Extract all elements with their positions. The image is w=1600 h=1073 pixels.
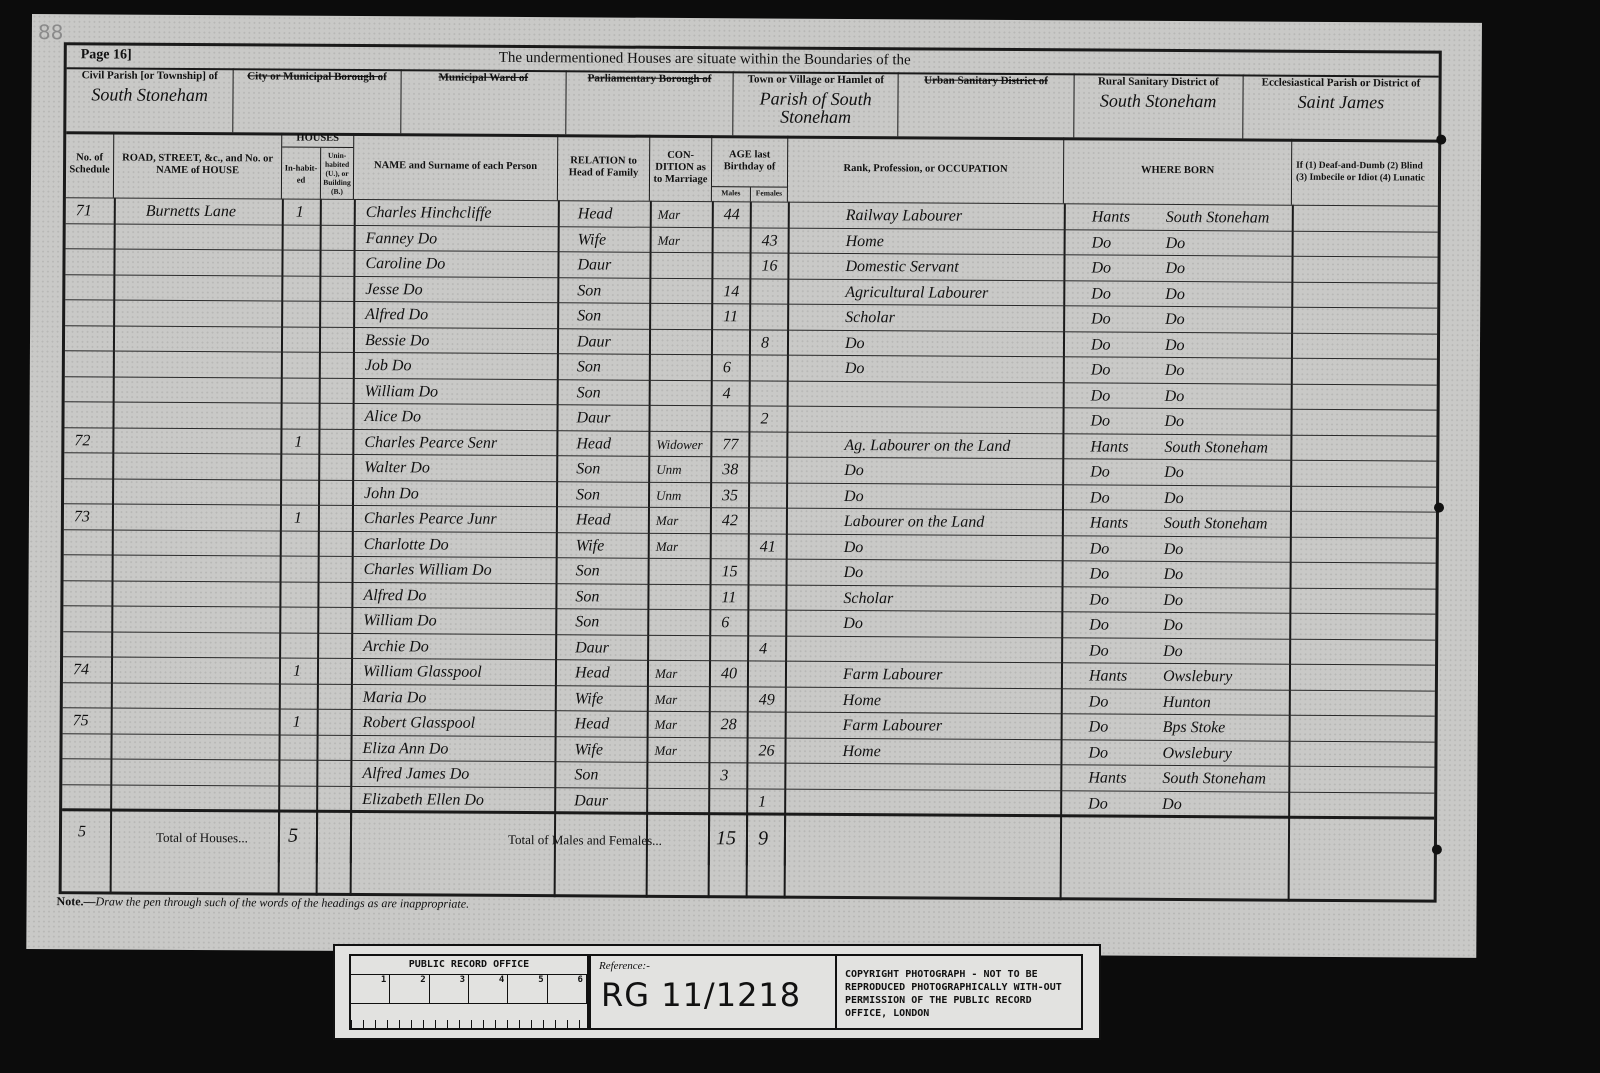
- scale-number: 5: [508, 975, 547, 1003]
- occupation: Scholar: [845, 305, 895, 331]
- col-age: AGE last Birthday of Males Females: [712, 135, 788, 201]
- person-name: Archie Do: [363, 634, 429, 660]
- person-name: Jesse Do: [365, 277, 422, 303]
- born-county: Do: [1091, 357, 1111, 383]
- relation: Daur: [577, 329, 611, 355]
- male-age: 44: [724, 202, 740, 228]
- occupation: Do: [844, 534, 864, 560]
- place-value: [899, 90, 1073, 91]
- schedule-number: 71: [76, 198, 92, 224]
- person-name: Walter Do: [364, 455, 430, 481]
- male-age: 15: [722, 559, 738, 585]
- relation: Son: [577, 278, 601, 304]
- born-place: Do: [1164, 485, 1184, 511]
- person-name: Charles William Do: [364, 557, 492, 583]
- female-age: 41: [760, 534, 776, 560]
- form-note: Note.—Draw the pen through such of the w…: [57, 894, 470, 912]
- place-value: [566, 88, 732, 89]
- born-county: Hants: [1090, 434, 1128, 460]
- male-age: 4: [723, 381, 731, 407]
- occupation: Agricultural Labourer: [845, 279, 988, 305]
- person-name: Robert Glasspool: [363, 710, 476, 736]
- pro-scale: 123456: [351, 975, 587, 1004]
- born-county: Do: [1088, 740, 1108, 766]
- marital-condition: Mar: [658, 202, 681, 228]
- person-name: Charles Pearce Senr: [364, 430, 497, 456]
- occupation: Home: [842, 738, 880, 764]
- relation: Head: [576, 507, 611, 533]
- binding-hole: [1436, 135, 1446, 145]
- born-place: Do: [1164, 460, 1184, 486]
- person-name: William Do: [363, 608, 436, 634]
- female-age: 8: [761, 330, 769, 356]
- person-name: Charlotte Do: [364, 532, 449, 558]
- inhabited-count: 1: [293, 710, 301, 736]
- female-age: 1: [758, 789, 766, 815]
- person-name: Maria Do: [363, 685, 427, 711]
- schedule-number: 75: [73, 708, 89, 734]
- person-name: William Glasspool: [363, 659, 482, 685]
- place-label: City or Municipal Borough of: [234, 68, 400, 83]
- place-field: Town or Village or Hamlet ofParish of So…: [733, 71, 899, 136]
- person-name: Fanney Do: [366, 226, 438, 252]
- marital-condition: Mar: [655, 712, 678, 738]
- male-age: 40: [721, 661, 737, 687]
- census-sheet: 88 Page 16] The undermentioned Houses ar…: [26, 14, 1482, 958]
- born-county: Do: [1089, 587, 1109, 613]
- born-place: Do: [1162, 791, 1182, 817]
- born-place: Do: [1166, 230, 1186, 256]
- relation: Head: [575, 660, 610, 686]
- occupation: Farm Labourer: [843, 713, 943, 739]
- born-place: Owslebury: [1162, 740, 1231, 766]
- male-age: 3: [720, 763, 728, 789]
- male-age: 11: [723, 304, 738, 330]
- place-field: Municipal Ward of: [401, 69, 567, 134]
- page-label: Page 16]: [81, 47, 132, 63]
- born-county: Do: [1090, 561, 1110, 587]
- place-label: Parliamentary Borough of: [566, 70, 732, 85]
- born-place: Do: [1164, 536, 1184, 562]
- col-houses: HOUSES In-habit-ed Unin-habited (U.), or…: [282, 133, 354, 199]
- born-county: Do: [1089, 689, 1109, 715]
- relation: Daur: [576, 405, 610, 431]
- person-name: Caroline Do: [365, 251, 445, 277]
- col-condition: CON-DITION as to Marriage: [650, 135, 712, 201]
- born-place: Do: [1163, 587, 1183, 613]
- relation: Daur: [577, 252, 611, 278]
- female-age: 43: [762, 228, 778, 254]
- marital-condition: Unm: [656, 482, 681, 508]
- relation: Wife: [576, 533, 605, 559]
- relation: Wife: [578, 227, 607, 253]
- relation: Son: [575, 609, 599, 635]
- occupation: Do: [843, 611, 863, 637]
- relation: Son: [577, 354, 601, 380]
- scale-number: 2: [390, 975, 429, 1003]
- born-place: Do: [1165, 307, 1185, 333]
- road-name: Burnetts Lane: [146, 199, 236, 225]
- person-name: Alfred Do: [363, 583, 426, 609]
- person-name: Eliza Ann Do: [362, 736, 448, 762]
- place-label: Urban Sanitary District of: [899, 72, 1073, 87]
- place-label: Civil Parish [or Township] of: [67, 67, 233, 82]
- houses-label: HOUSES: [282, 133, 353, 148]
- place-value: [234, 86, 400, 87]
- born-place: Hunton: [1163, 689, 1211, 715]
- female-age: 16: [761, 253, 777, 279]
- relation: Son: [575, 584, 599, 610]
- born-county: Do: [1089, 638, 1109, 664]
- male-age: 35: [722, 483, 738, 509]
- male-age: 6: [721, 610, 729, 636]
- female-age: 49: [759, 687, 775, 713]
- occupation: Ag. Labourer on the Land: [844, 432, 1010, 459]
- relation: Wife: [574, 737, 603, 763]
- male-age: 14: [723, 279, 739, 305]
- scale-number: 6: [548, 975, 587, 1003]
- note-prefix: Note.—: [57, 894, 96, 908]
- scale-number: 1: [351, 975, 390, 1003]
- male-age: 11: [721, 585, 736, 611]
- scale-number: 3: [430, 975, 469, 1003]
- born-place: Do: [1165, 358, 1185, 384]
- person-name: Job Do: [365, 353, 412, 379]
- occupation: Do: [844, 458, 864, 484]
- place-field: Rural Sanitary District ofSouth Stoneham: [1074, 73, 1244, 138]
- male-age: 77: [722, 432, 738, 458]
- boundaries-row: Civil Parish [or Township] ofSouth Stone…: [66, 67, 1438, 142]
- col-where-born: WHERE BORN: [1064, 137, 1292, 204]
- total-persons-label: Total of Males and Females...: [508, 832, 662, 849]
- born-place: Do: [1165, 383, 1185, 409]
- binding-hole: [1432, 845, 1442, 855]
- born-county: Do: [1090, 408, 1110, 434]
- place-label: Town or Village or Hamlet of: [734, 71, 898, 86]
- age-label: AGE last Birthday of: [712, 135, 787, 186]
- relation: Head: [576, 431, 611, 457]
- born-county: Do: [1091, 383, 1111, 409]
- born-place: Do: [1165, 332, 1185, 358]
- totals-row: 5 Total of Houses... 5 Total of Males an…: [62, 808, 1434, 869]
- col-males: Males: [712, 187, 751, 201]
- born-county: Do: [1092, 230, 1112, 256]
- occupation: Scholar: [843, 585, 893, 611]
- total-houses-value: 5: [288, 825, 298, 848]
- marital-condition: Mar: [656, 508, 679, 534]
- place-value: South Stoneham: [1074, 91, 1242, 110]
- relation: Son: [576, 558, 600, 584]
- born-place: Do: [1163, 638, 1183, 664]
- place-field: Ecclesiastical Parish or District ofSain…: [1243, 74, 1439, 139]
- inhabited-count: 1: [294, 429, 302, 455]
- occupation: Do: [845, 330, 865, 356]
- col-relation: RELATION to Head of Family: [558, 134, 650, 201]
- col-schedule: No. of Schedule: [66, 131, 114, 197]
- person-name: Alfred Do: [365, 302, 428, 328]
- binding-hole: [1434, 503, 1444, 513]
- place-value: South Stoneham: [66, 85, 232, 104]
- schedule-number: 74: [73, 657, 89, 683]
- occupation: Railway Labourer: [846, 203, 962, 229]
- pencil-folio-number: 88: [38, 20, 64, 44]
- relation: Daur: [575, 635, 609, 661]
- place-value: Parish of South Stoneham: [733, 89, 897, 126]
- col-uninhabited: Unin-habited (U.), or Building (B.): [321, 148, 353, 199]
- occupation: Do: [844, 560, 864, 586]
- male-age: 28: [721, 712, 737, 738]
- header-title: The undermentioned Houses are situate wi…: [499, 50, 911, 70]
- born-place: South Stoneham: [1164, 434, 1268, 460]
- born-county: Do: [1091, 281, 1111, 307]
- col-infirmity: If (1) Deaf-and-Dumb (2) Blind (3) Imbec…: [1292, 139, 1438, 206]
- pro-scale-box: PUBLIC RECORD OFFICE 123456: [349, 954, 589, 1030]
- place-label: Rural Sanitary District of: [1074, 73, 1242, 88]
- born-county: Do: [1089, 612, 1109, 638]
- born-place: Bps Stoke: [1163, 715, 1226, 741]
- born-county: Do: [1090, 536, 1110, 562]
- record-office-slip: PUBLIC RECORD OFFICE 123456 Reference:- …: [333, 944, 1101, 1040]
- relation: Head: [575, 711, 610, 737]
- place-field: City or Municipal Borough of: [234, 68, 402, 133]
- occupation: Farm Labourer: [843, 662, 943, 688]
- total-males: 15: [716, 827, 736, 850]
- relation: Head: [578, 201, 613, 227]
- occupation: Labourer on the Land: [844, 509, 984, 535]
- marital-condition: Mar: [654, 737, 677, 763]
- born-county: Do: [1091, 332, 1111, 358]
- relation: Daur: [574, 788, 608, 814]
- schedule-number: 72: [74, 428, 90, 454]
- marital-condition: Mar: [658, 227, 681, 253]
- reference-value: RG 11/1218: [601, 976, 835, 1014]
- female-age: 26: [758, 738, 774, 764]
- census-form: Page 16] The undermentioned Houses are s…: [59, 42, 1442, 902]
- inhabited-count: 1: [294, 506, 302, 532]
- place-field: Urban Sanitary District of: [899, 72, 1075, 137]
- born-county: Do: [1091, 255, 1111, 281]
- born-place: Do: [1165, 256, 1185, 282]
- marital-condition: Mar: [655, 686, 678, 712]
- place-field: Civil Parish [or Township] ofSouth Stone…: [66, 67, 234, 132]
- col-occupation: Rank, Profession, or OCCUPATION: [788, 136, 1064, 204]
- marital-condition: Mar: [656, 533, 679, 559]
- female-age: 4: [759, 636, 767, 662]
- reference-box: Reference:- RG 11/1218: [589, 954, 837, 1030]
- place-field: Parliamentary Borough of: [566, 70, 734, 135]
- marital-condition: Mar: [655, 661, 678, 687]
- born-place: Do: [1165, 281, 1185, 307]
- born-county: Hants: [1090, 510, 1128, 536]
- born-place: South Stoneham: [1162, 766, 1266, 792]
- occupation: Home: [846, 228, 884, 254]
- born-county: Hants: [1089, 663, 1127, 689]
- col-road: ROAD, STREET, &c., and No. or NAME of HO…: [114, 132, 282, 199]
- place-value: Saint James: [1243, 92, 1438, 111]
- born-place: South Stoneham: [1166, 205, 1270, 231]
- person-name: Alfred James Do: [362, 761, 469, 787]
- born-place: South Stoneham: [1164, 511, 1268, 537]
- copyright-box: COPYRIGHT PHOTOGRAPH - NOT TO BE REPRODU…: [835, 954, 1083, 1030]
- born-county: Do: [1091, 306, 1111, 332]
- male-age: 42: [722, 508, 738, 534]
- male-age: 38: [722, 457, 738, 483]
- born-county: Do: [1088, 791, 1108, 817]
- born-place: Owslebury: [1163, 664, 1232, 690]
- born-place: Do: [1164, 562, 1184, 588]
- female-age: 2: [760, 406, 768, 432]
- marital-condition: Unm: [656, 457, 681, 483]
- person-name: Alice Do: [364, 404, 421, 430]
- ruler-ticks: [351, 1004, 587, 1028]
- col-name: NAME and Surname of each Person: [354, 133, 558, 200]
- relation: Son: [577, 303, 601, 329]
- born-county: Do: [1089, 714, 1109, 740]
- scale-number: 4: [469, 975, 508, 1003]
- occupation: Do: [844, 483, 864, 509]
- person-name: William Do: [365, 379, 438, 405]
- inhabited-count: 1: [296, 200, 304, 226]
- inhabited-count: 1: [293, 659, 301, 685]
- relation: Son: [577, 380, 601, 406]
- relation: Son: [576, 456, 600, 482]
- place-label: Municipal Ward of: [401, 69, 565, 84]
- occupation: Domestic Servant: [845, 254, 958, 280]
- person-name: Bessie Do: [365, 328, 430, 354]
- occupation: Do: [845, 356, 865, 382]
- pro-title: PUBLIC RECORD OFFICE: [351, 956, 587, 975]
- born-county: Do: [1090, 485, 1110, 511]
- born-place: Do: [1164, 409, 1184, 435]
- person-name: Elizabeth Ellen Do: [362, 787, 484, 813]
- reference-label: Reference:-: [599, 960, 827, 972]
- col-inhabited: In-habit-ed: [282, 148, 321, 199]
- relation: Son: [574, 762, 598, 788]
- schedule-number: 73: [74, 504, 90, 530]
- born-county: Do: [1090, 459, 1110, 485]
- born-county: Hants: [1092, 204, 1130, 230]
- total-schedules: 5: [78, 823, 86, 841]
- person-name: Charles Pearce Junr: [364, 506, 497, 532]
- total-females: 9: [758, 827, 768, 850]
- relation: Son: [576, 482, 600, 508]
- male-age: 6: [723, 355, 731, 381]
- person-name: John Do: [364, 481, 419, 507]
- col-females: Females: [751, 187, 787, 201]
- place-value: [401, 87, 565, 88]
- marital-condition: Widower: [656, 431, 702, 457]
- relation: Wife: [575, 686, 604, 712]
- born-place: Do: [1163, 613, 1183, 639]
- note-text: Draw the pen through such of the words o…: [96, 894, 470, 910]
- person-name: Charles Hinchcliffe: [366, 200, 492, 226]
- total-houses-label: Total of Houses...: [156, 830, 248, 847]
- place-label: Ecclesiastical Parish or District of: [1243, 74, 1438, 89]
- occupation: Home: [843, 687, 881, 713]
- born-county: Hants: [1088, 765, 1126, 791]
